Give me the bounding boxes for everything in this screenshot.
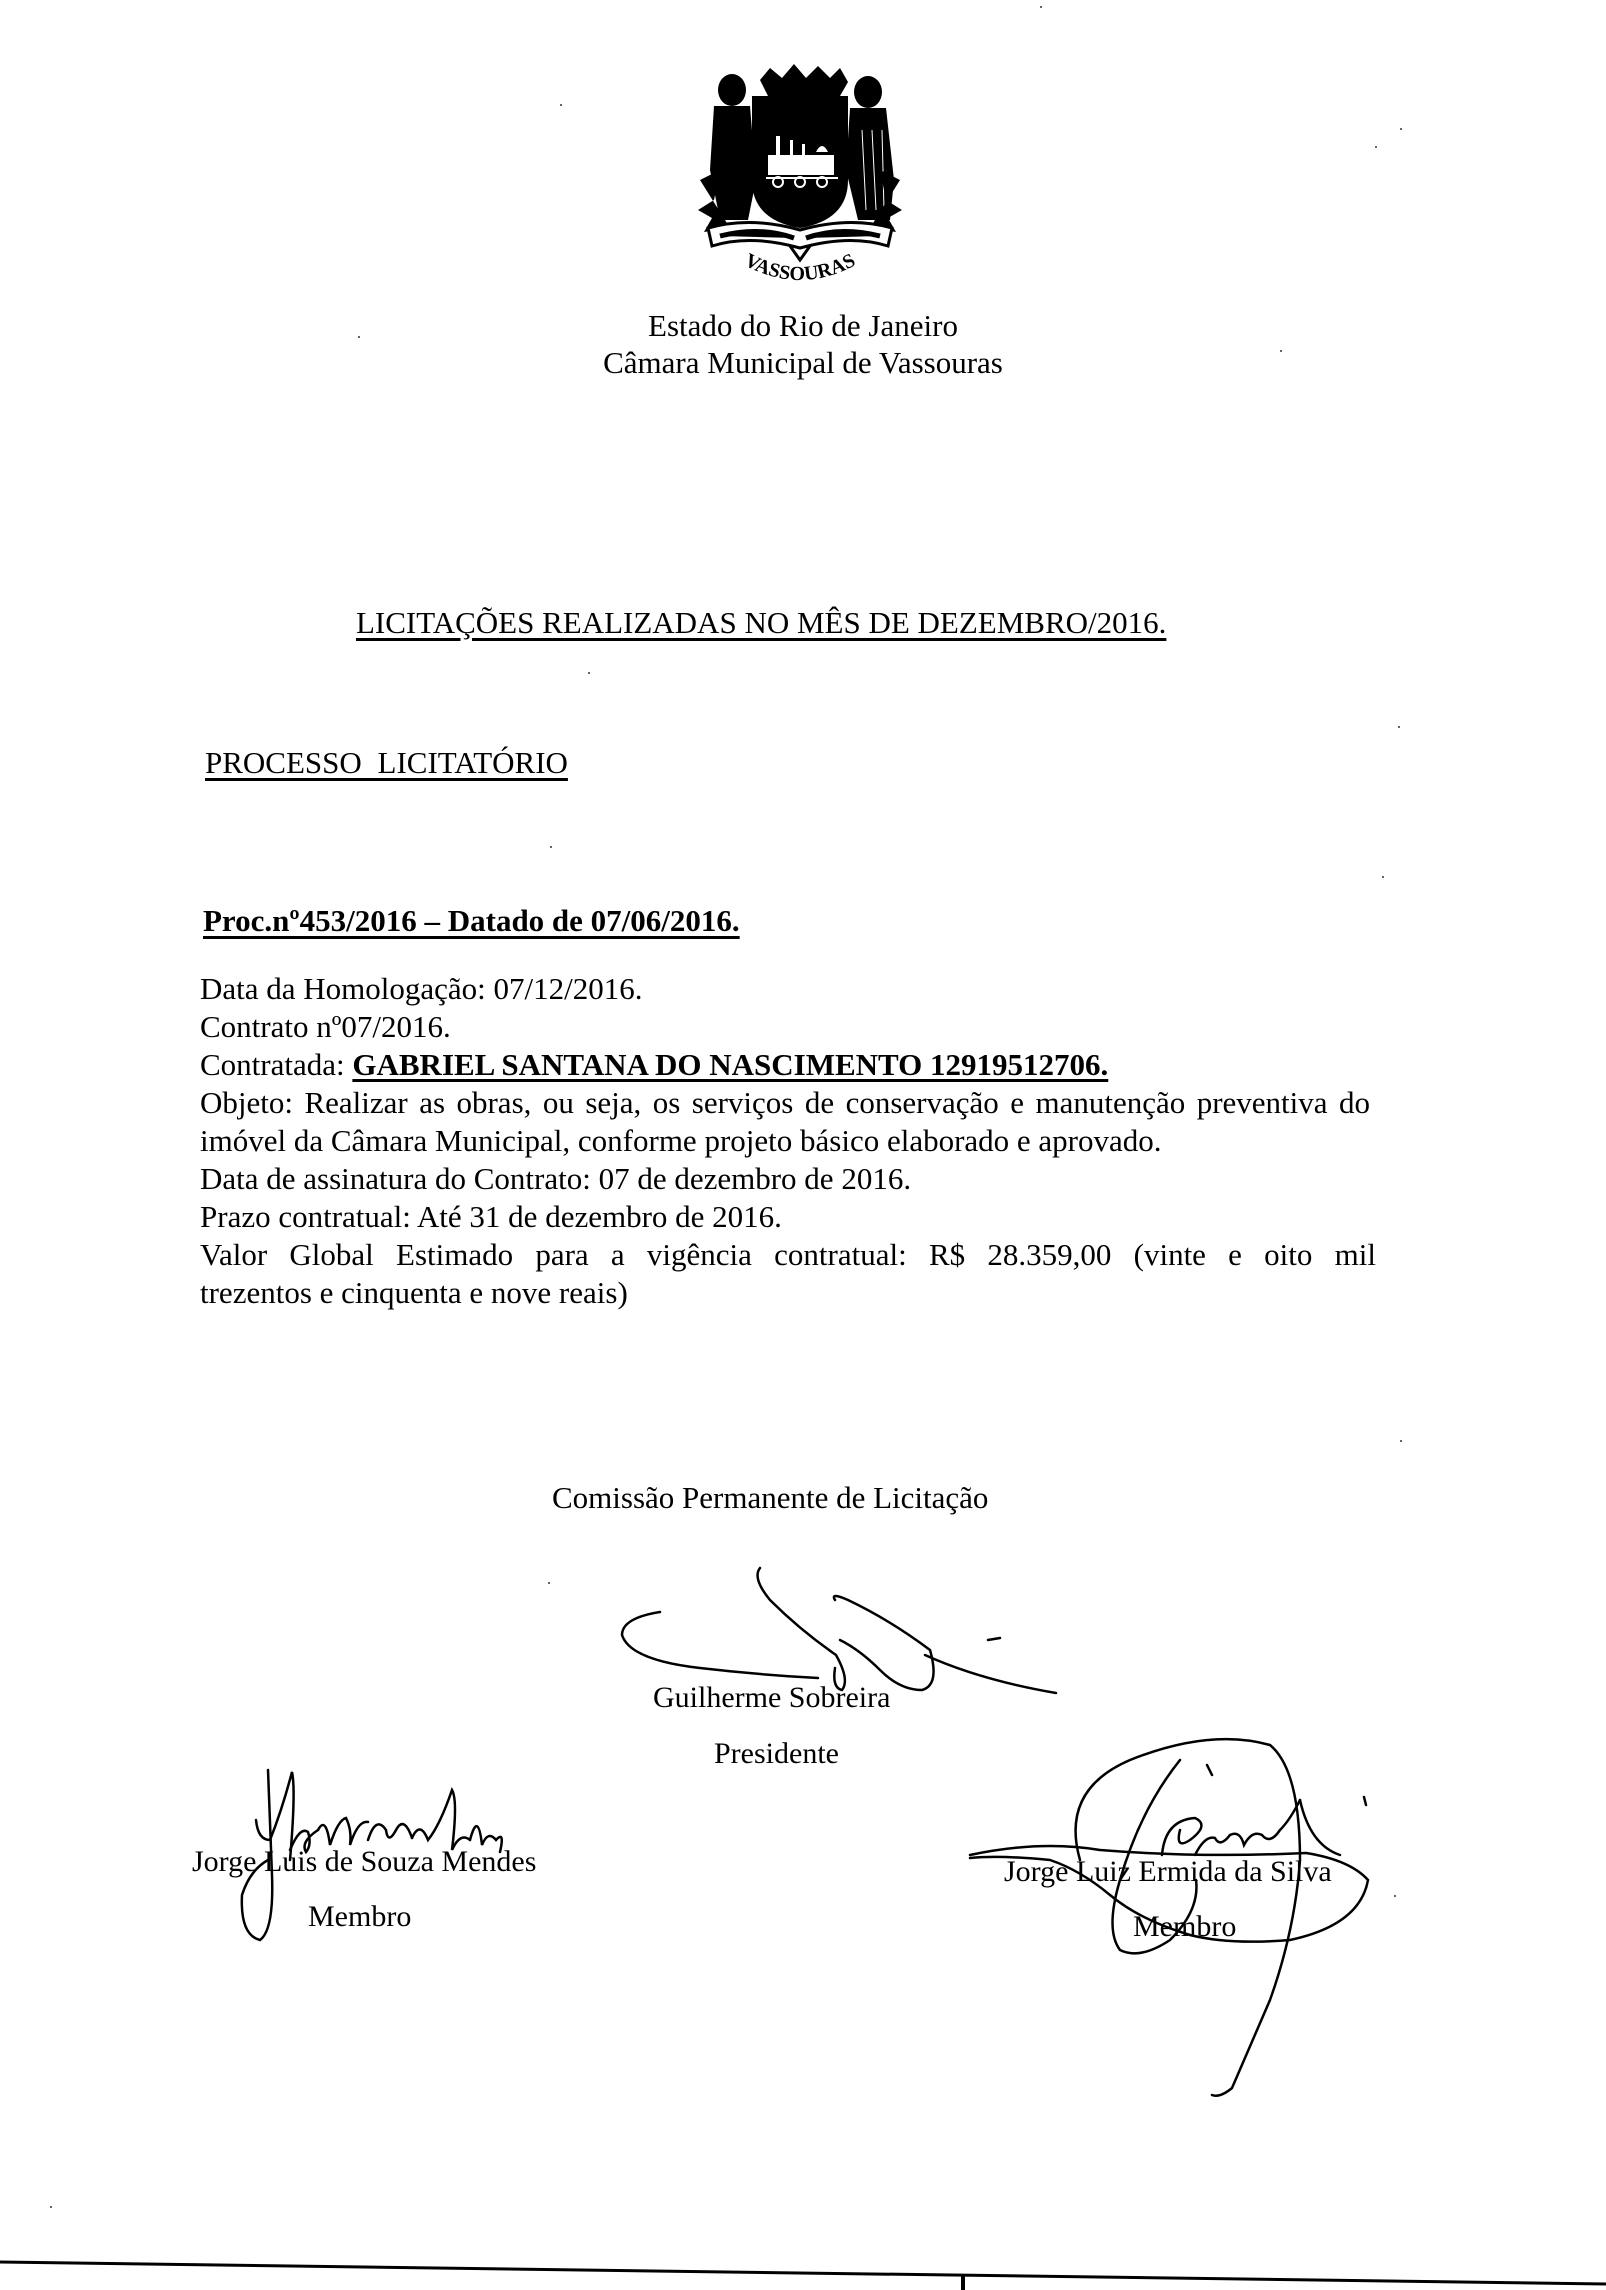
member2-name: Jorge Luiz Ermida da Silva bbox=[1004, 1855, 1332, 1889]
emblem-motto: VASSOURAS bbox=[741, 249, 859, 285]
contract-value-line2: trezentos e cinquenta e nove reais) bbox=[200, 1274, 1380, 1312]
scan-dot bbox=[1394, 1895, 1396, 1897]
scan-dot bbox=[1400, 128, 1402, 130]
member1-name: Jorge Luis de Souza Mendes bbox=[192, 1845, 536, 1879]
contract-value-line1: Valor Global Estimado para a vigência co… bbox=[200, 1236, 1376, 1274]
contract-number: Contrato nº07/2016. bbox=[200, 1008, 1380, 1046]
scan-dot bbox=[50, 2206, 52, 2208]
svg-text:VASSOURAS: VASSOURAS bbox=[741, 249, 859, 285]
scan-dot bbox=[358, 336, 360, 338]
scan-dot bbox=[1375, 146, 1377, 148]
state-name: Estado do Rio de Janeiro bbox=[0, 308, 1606, 344]
signature-date: Data de assinatura do Contrato: 07 de de… bbox=[200, 1160, 1380, 1198]
scan-dot bbox=[550, 846, 552, 848]
contractor-label: Contratada: bbox=[200, 1047, 352, 1082]
scan-edge-line bbox=[0, 2262, 1606, 2284]
commission-title: Comissão Permanente de Licitação bbox=[552, 1480, 988, 1516]
contract-term: Prazo contratual: Até 31 de dezembro de … bbox=[200, 1198, 1380, 1236]
president-name: Guilherme Sobreira bbox=[653, 1681, 890, 1715]
document-title: LICITAÇÕES REALIZADAS NO MÊS DE DEZEMBRO… bbox=[356, 605, 1166, 641]
scan-dot bbox=[548, 1582, 550, 1584]
scan-dot bbox=[560, 104, 562, 106]
homologation-date: Data da Homologação: 07/12/2016. bbox=[200, 970, 1380, 1008]
contractor-value: GABRIEL SANTANA DO NASCIMENTO 1291951270… bbox=[352, 1047, 1108, 1082]
member1-role: Membro bbox=[308, 1900, 411, 1934]
section-heading: PROCESSO LICITATÓRIO bbox=[205, 745, 568, 781]
scan-dot bbox=[588, 672, 590, 674]
member2-role: Membro bbox=[1133, 1910, 1236, 1944]
process-heading: Proc.nº453/2016 – Datado de 07/06/2016. bbox=[203, 903, 740, 939]
institution-name: Câmara Municipal de Vassouras bbox=[0, 345, 1606, 381]
municipal-coat-of-arms-icon: VASSOURAS bbox=[690, 60, 910, 290]
process-details: Data da Homologação: 07/12/2016. Contrat… bbox=[200, 970, 1380, 1312]
scan-dot bbox=[1040, 6, 1042, 8]
president-signature bbox=[622, 1568, 1056, 1693]
contract-object: Objeto: Realizar as obras, ou seja, os s… bbox=[200, 1084, 1370, 1160]
scan-dot bbox=[1280, 350, 1282, 352]
president-role: Presidente bbox=[714, 1737, 839, 1771]
scan-dot bbox=[1398, 726, 1400, 728]
scan-dot bbox=[1400, 1440, 1402, 1442]
scan-dot bbox=[1382, 876, 1384, 878]
contractor: Contratada: GABRIEL SANTANA DO NASCIMENT… bbox=[200, 1046, 1380, 1084]
